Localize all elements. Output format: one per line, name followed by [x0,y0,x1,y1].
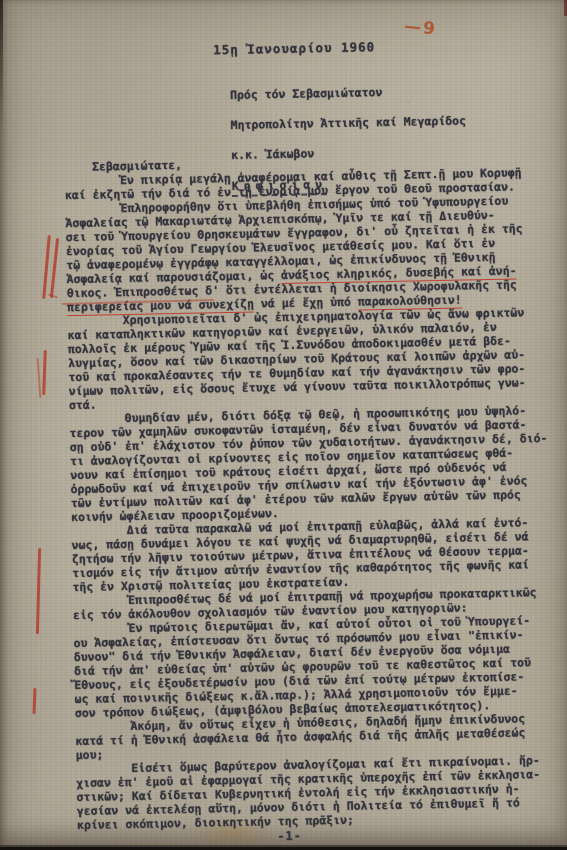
letter-text-segment: στά. [69,398,97,413]
red-pen-stroke-hook [48,293,58,298]
letter-text-segment: μου; [76,748,104,763]
scan-edge-left [0,0,3,130]
letter-date: 15ῃ Ἰανουαρίου 1960 [213,39,375,57]
page-number: -1- [277,829,302,843]
handwritten-margin-number: —9 [403,16,438,39]
red-pen-margin-stroke-2 [42,350,47,395]
addressee-line: Πρός τόν Σεβασμιώτατον [230,85,383,102]
red-pen-double-stroke-2 [50,238,59,298]
red-pen-margin-stroke-3 [36,548,41,634]
red-pen-margin-stroke-4 [33,688,37,714]
typed-letter-block: 15ῃ Ἰανουαρίου 1960 Πρός τόν Σεβασμιώτατ… [0,0,566,10]
scan-edge-bottom [0,844,567,850]
red-pen-margin-stroke-2b [37,358,42,398]
document-page: —9 15ῃ Ἰανουαρίου 1960 Πρός τόν Σεβασμιώ… [0,0,567,850]
letter-body: Σεβασμιώτατε, Ἐν πικρίᾳ μεγάλῃ ἀναφέρομα… [64,151,567,832]
addressee-line: Μητροπολίτην Ἀττικῆς καί Μεγαρίδος [230,113,466,132]
red-pen-double-stroke-1 [42,235,51,299]
